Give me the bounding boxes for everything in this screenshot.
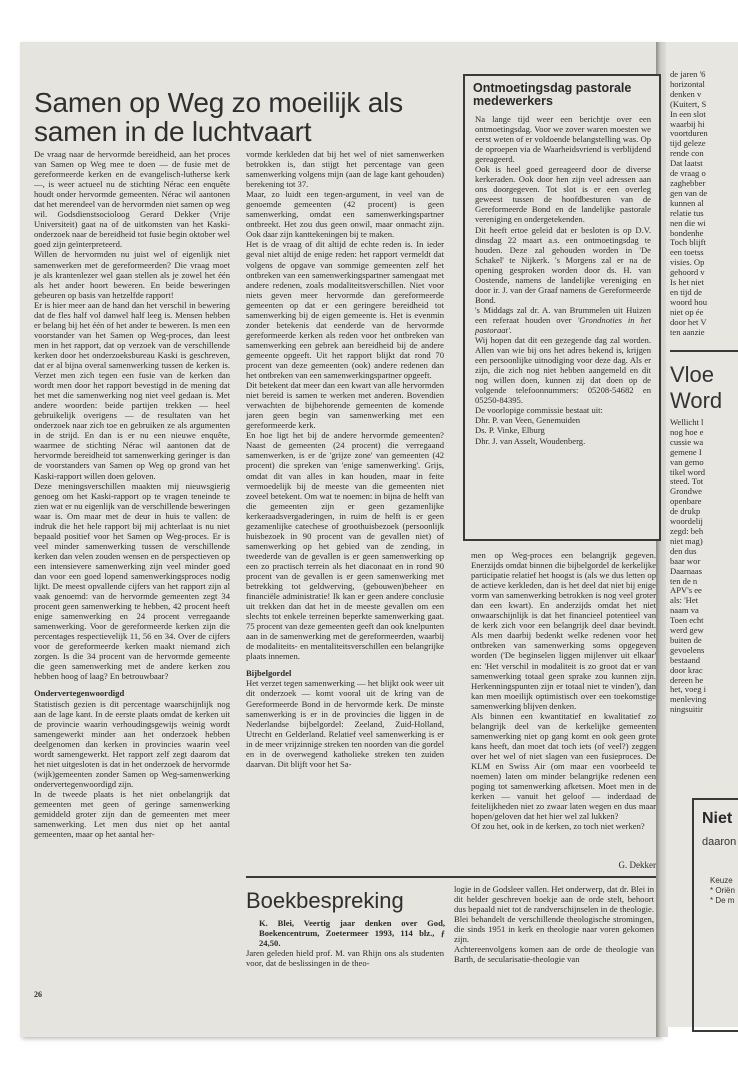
- subheading: Bijbelgordel: [246, 668, 444, 678]
- paragraph: Maar, zo luidt een tegen-argument, in ve…: [246, 189, 444, 239]
- paragraph: Dit heeft ertoe geleid dat er besloten i…: [475, 225, 651, 305]
- paragraph: Als binnen een kwantitatief en kwalitati…: [471, 711, 656, 822]
- list-item: Keuze: [710, 876, 735, 886]
- ad-box-list: Keuze * Oriën * De m: [710, 876, 735, 906]
- committee-member: Dhr. J. van Asselt, Woudenberg.: [475, 436, 651, 446]
- paragraph: Het verzet tegen samenwerking — het blij…: [246, 678, 444, 768]
- paragraph: Achtereenvolgens komen aan de orde de th…: [454, 944, 654, 964]
- paragraph: De vraag naar de hervormde bereidheid, a…: [34, 149, 230, 249]
- next-page-divider: [670, 350, 738, 352]
- article-column-2: vormde kerkleden dat bij het wel of niet…: [246, 149, 444, 861]
- paragraph: Wij hopen dat dit een gezegende dag zal …: [475, 335, 651, 405]
- paragraph: In de tweede plaats is het niet onbelang…: [34, 789, 230, 839]
- book-review-title: Boekbespreking: [246, 888, 404, 914]
- text-line: Daarnaas: [670, 567, 738, 577]
- paragraph: Na lange tijd weer een berichtje over ee…: [475, 114, 651, 164]
- paragraph: men op Weg-proces een belangrijk gegeven…: [471, 550, 656, 711]
- author-signature: G. Dekker: [471, 860, 656, 870]
- book-review-column-2: logie in de Godsleer vallen. Het onderwe…: [454, 884, 654, 964]
- article-column-1: De vraag naar de hervormde bereidheid, a…: [34, 149, 230, 969]
- paragraph: Ook is heel goed gereageerd door de dive…: [475, 164, 651, 224]
- paragraph: Willen de hervormden nu juist wel of eig…: [34, 249, 230, 299]
- title-line: Word: [670, 388, 722, 414]
- book-review-column-1: Jaren geleden hield prof. M. van Rhijn o…: [246, 948, 444, 968]
- paragraph: logie in de Godsleer vallen. Het onderwe…: [454, 884, 654, 944]
- article-column-3: men op Weg-proces een belangrijk gegeven…: [471, 550, 656, 880]
- committee-member: Ds. P. Vinke, Elburg: [475, 425, 651, 435]
- article-title: Samen op Weg zo moeilijk als samen in de…: [34, 88, 474, 146]
- paragraph: 's Middags zal dr. A. van Brummelen uit …: [475, 305, 651, 335]
- paragraph: vormde kerkleden dat bij het wel of niet…: [246, 149, 444, 189]
- announcement-title: Ontmoetingsdag pastorale medewerkers: [473, 82, 659, 108]
- paragraph: Er is hier meer aan de hand dan het vers…: [34, 300, 230, 481]
- ad-box-subtitle: daaron: [702, 836, 736, 848]
- list-item: * De m: [710, 896, 735, 906]
- title-line: Vloe: [670, 362, 722, 388]
- section-divider: [246, 876, 656, 878]
- text-line: ten aanzie: [670, 328, 738, 338]
- next-page-column-top: de jaren '6horizontaldenken v(Kuitert, S…: [670, 70, 738, 337]
- paragraph: Statistisch gezien is dit percentage waa…: [34, 699, 230, 789]
- paragraph: En hoe ligt het bij de andere hervormde …: [246, 430, 444, 661]
- paragraph: De voorlopige commissie bestaat uit:: [475, 405, 651, 415]
- subheading: Ondervertegenwoordigd: [34, 688, 230, 698]
- next-page-ad-box: [692, 798, 738, 1032]
- ad-box-title: Niet: [702, 810, 732, 828]
- list-item: * Oriën: [710, 886, 735, 896]
- text-line: nen die wi: [670, 219, 738, 229]
- book-review-citation: K. Blei, Veertig jaar denken over God, B…: [259, 918, 445, 948]
- page-number: 26: [34, 990, 42, 999]
- committee-member: Dhr. P. van Veen, Genemuiden: [475, 415, 651, 425]
- paragraph: Dit betekent dat meer dan een kwart van …: [246, 380, 444, 430]
- next-page-column-mid: Wellicht lnog hoe ecussie wagemene Ivan …: [670, 418, 738, 715]
- announcement-body: Na lange tijd weer een berichtje over ee…: [475, 114, 651, 446]
- next-page-title: Vloe Word: [670, 362, 722, 414]
- text-line: ningsuitir: [670, 705, 738, 715]
- sidebar-announcement-box: Ontmoetingsdag pastorale medewerkers Na …: [463, 74, 661, 541]
- paragraph: Het is de vraag of dit altijd de echte r…: [246, 239, 444, 380]
- paragraph: Deze meningsverschillen maakten mij nieu…: [34, 481, 230, 682]
- paragraph: Of zou het, ook in de kerken, zo toch ni…: [471, 821, 656, 831]
